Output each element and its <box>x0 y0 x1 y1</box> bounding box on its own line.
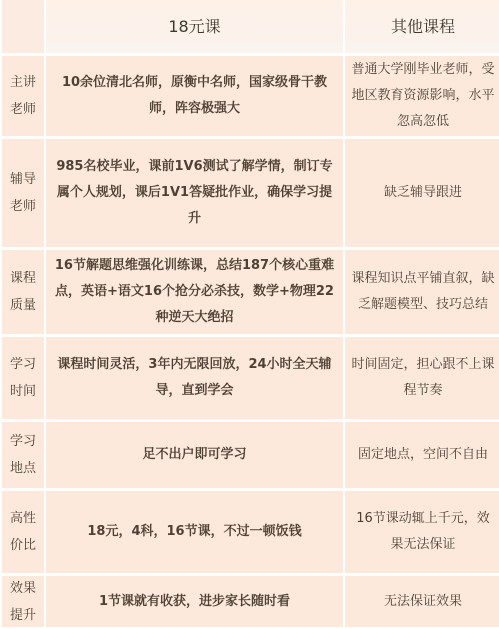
cell-other-study-location: 固定地点，空间不自由 <box>345 422 499 488</box>
cell-other-lead-teacher: 普通大学刚毕业老师，受地区教育资源影响，水平忽高忽低 <box>345 56 499 136</box>
cell-other-quality: 课程知识点平铺直叙，缺乏解题模型、技巧总结 <box>345 250 499 334</box>
row-label-tutor: 辅导老师 <box>2 139 44 247</box>
cell-18-study-time: 课程时间灵活，3年内无限回放，24小时全天辅导，直到学会 <box>46 337 343 419</box>
cell-18-study-location: 足不出户即可学习 <box>46 422 343 488</box>
cell-other-effect: 无法保证效果 <box>345 576 499 606</box>
header-other-courses: 其他课程 <box>345 0 499 53</box>
cell-18-lead-teacher: 10余位清北名师，原衡中名师，国家级骨干教师，阵容极强大 <box>46 56 343 136</box>
header-18-yuan-course: 18元课 <box>46 0 343 53</box>
cell-other-study-time: 时间固定，担心跟不上课程节奏 <box>345 337 499 419</box>
comparison-table: 18元课 其他课程 主讲老师 10余位清北名师，原衡中名师，国家级骨干教师，阵容… <box>0 0 499 606</box>
row-label-study-time: 学习时间 <box>2 337 44 419</box>
row-label-quality: 课程质量 <box>2 250 44 334</box>
cell-18-value: 18元，4科，16节课，不过一顿饭钱 <box>46 491 343 573</box>
row-label-value: 高性价比 <box>2 491 44 573</box>
row-label-effect: 效果提升 <box>2 576 44 606</box>
cell-other-value: 16节课动辄上千元，效果无法保证 <box>345 491 499 573</box>
cell-other-tutor: 缺乏辅导跟进 <box>345 139 499 247</box>
row-label-study-location: 学习地点 <box>2 422 44 488</box>
cell-18-effect: 1节课就有收获，进步家长随时看 <box>46 576 343 606</box>
header-corner <box>2 0 44 53</box>
cell-18-quality: 16节解题思维强化训练课，总结187个核心重难点，英语+语文16个抢分必杀技，数… <box>46 250 343 334</box>
row-label-lead-teacher: 主讲老师 <box>2 56 44 136</box>
cell-18-tutor: 985名校毕业，课前1V6测试了解学情，制订专属个人规划，课后1V1答疑批作业，… <box>46 139 343 247</box>
